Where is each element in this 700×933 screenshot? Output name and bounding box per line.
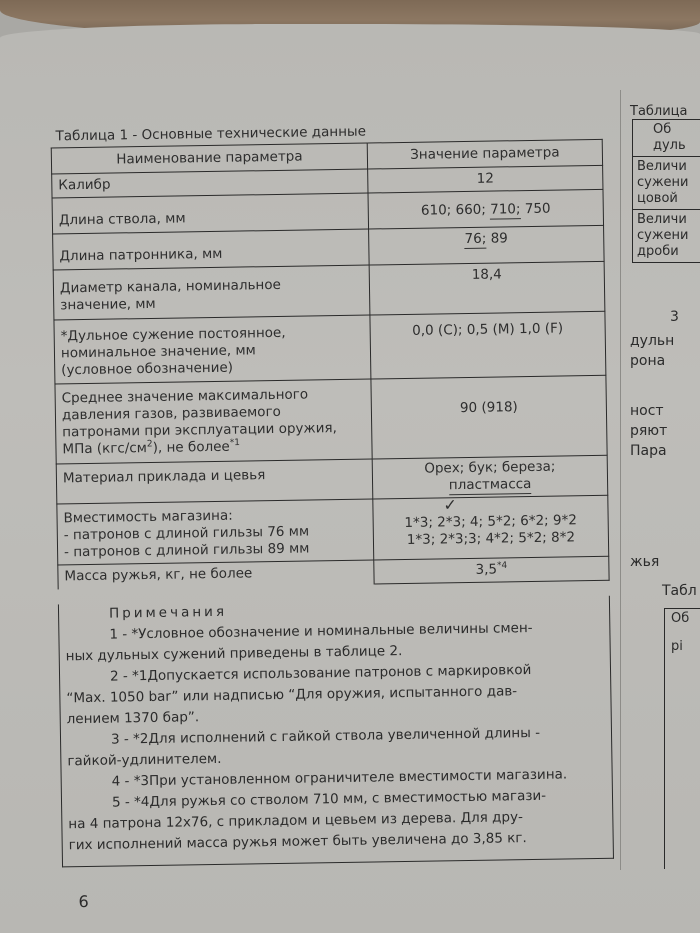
- right-text: 3: [670, 308, 679, 326]
- value-gun-mass: 3,5*4: [374, 556, 609, 584]
- notes-section: Примечания 1 - *Условное обозначение и н…: [58, 596, 614, 868]
- table-caption: Таблица 1 - Основные технические данные: [55, 124, 366, 145]
- value-stock-material: Орех; бук; береза; пластмасса: [372, 455, 608, 499]
- table-row: Вместимость магазина: - патронов с длино…: [57, 495, 609, 565]
- handwritten-underline: пластмасса: [449, 476, 532, 495]
- right-text: дульн: [630, 332, 674, 350]
- param-chamber-length: Длина патронника, мм: [53, 229, 370, 270]
- right-page-fragment: Таблица Об дуль Величи сужени цовой Вели…: [620, 0, 700, 933]
- table-row: Среднее значение максимального давления …: [55, 375, 607, 464]
- param-gas-pressure: Среднее значение максимального давления …: [55, 379, 372, 464]
- right-text: ност: [630, 402, 664, 420]
- param-gun-mass: Масса ружья, кг, не более: [58, 560, 374, 589]
- value-chamber-length: 76; 89: [369, 225, 605, 265]
- value-caliber: 12: [368, 165, 603, 193]
- right-text: Пара: [630, 442, 667, 460]
- value-magazine-capacity: ✓ 1*3; 2*3; 4; 5*2; 6*2; 9*2 1*3; 2*3;3;…: [373, 495, 609, 560]
- param-barrel-length: Длина ствола, мм: [52, 193, 369, 234]
- param-magazine-capacity: Вместимость магазина: - патронов с длино…: [57, 499, 374, 565]
- right-table-caption: Таблица: [630, 104, 688, 119]
- header-param-value: Значение параметра: [367, 139, 602, 169]
- value-choke: 0,0 (C); 0,5 (M) 1,0 (F): [370, 311, 606, 379]
- table-row: *Дульное сужение постоянное, номинальное…: [54, 311, 606, 384]
- page-number: 6: [78, 892, 88, 911]
- right-text: жья: [630, 553, 659, 571]
- value-bore-diameter: 18,4: [369, 261, 605, 315]
- param-choke: *Дульное сужение постоянное, номинальное…: [54, 315, 371, 384]
- table-row: Диаметр канала, номинальное значение, мм…: [53, 261, 605, 320]
- param-stock-material: Материал приклада и цевья: [56, 459, 373, 504]
- right-text: Табл: [662, 582, 697, 600]
- handwritten-checkmark-icon: ✓: [443, 496, 457, 513]
- right-text: ряют: [630, 422, 667, 440]
- left-page: Таблица 1 - Основные технические данные …: [0, 0, 700, 933]
- handwritten-underline: 76;: [464, 231, 486, 249]
- right-text: рона: [630, 352, 665, 370]
- right-table-2: Об рі: [664, 608, 700, 869]
- param-bore-diameter: Диаметр канала, номинальное значение, мм: [53, 265, 370, 320]
- handwritten-underline: 710;: [490, 201, 521, 219]
- technical-data-table: Наименование параметра Значение параметр…: [51, 139, 610, 590]
- value-barrel-length: 610; 660; 710; 750: [368, 189, 604, 229]
- right-table: Об дуль Величи сужени цовой Величи сужен…: [632, 119, 700, 263]
- value-gas-pressure: 90 (918): [371, 375, 607, 459]
